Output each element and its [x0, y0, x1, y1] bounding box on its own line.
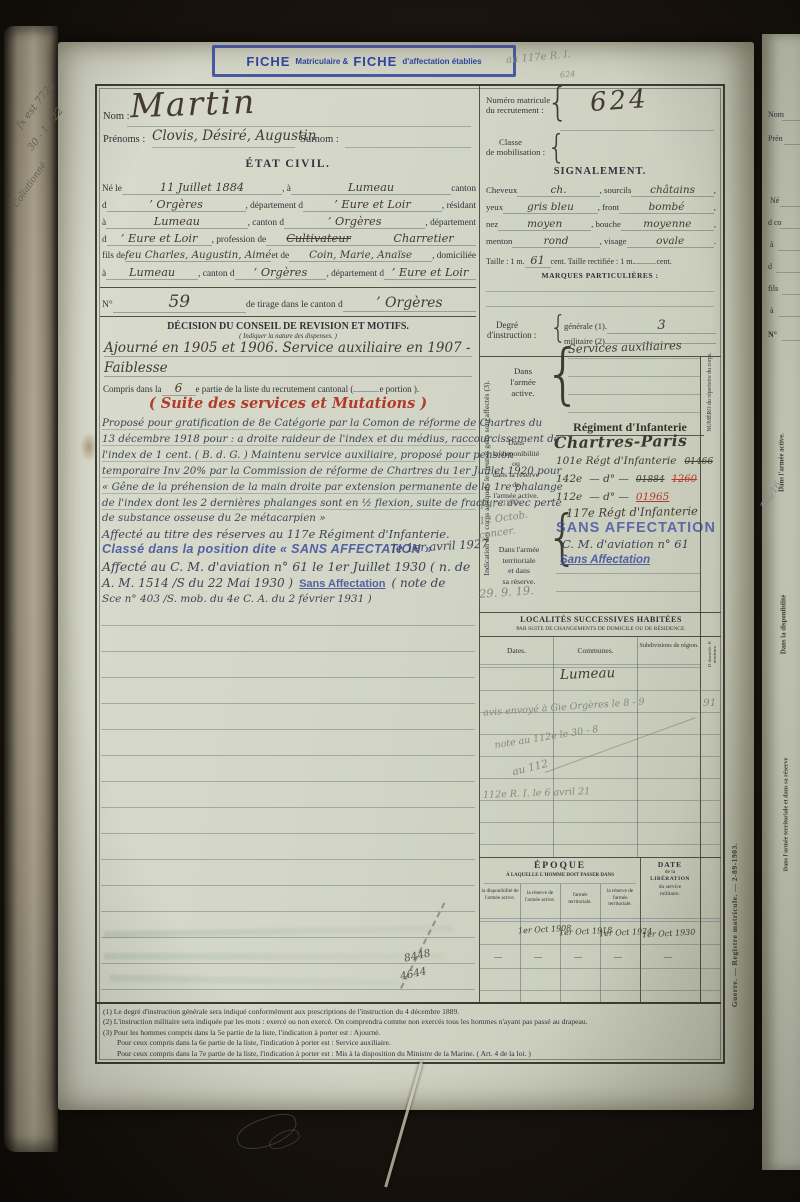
label-line: territoriale: [486, 556, 552, 567]
territoriale-entry: C. M. d'aviation n° 61: [562, 537, 689, 551]
etat-civil-line: d’ Orgères, département d’ Eure et Loir,…: [102, 198, 476, 212]
label-line: de: [484, 480, 548, 491]
dash: —: [664, 952, 672, 961]
col-subdivisions: Subdivisions de région.: [639, 642, 699, 650]
bleedthrough: [104, 953, 444, 960]
etat-civil-line: àLumeau, canton d’ Orgères, département: [102, 215, 476, 229]
territoriale-label: Dans l'armée territoriale et dans sa rés…: [486, 545, 552, 587]
footnote: Pour ceux compris dans la 7e partie de l…: [103, 1049, 713, 1059]
vertical-text: Guerre. — Registre matricule. — 2-89-190…: [730, 839, 739, 1011]
handwritten: ( note de: [391, 576, 445, 590]
printed: , profession de: [212, 235, 266, 245]
label-line: l'armée active.: [500, 377, 546, 399]
brace: {: [547, 83, 569, 122]
date-col-line: du service: [641, 884, 699, 890]
repertoire-number-red: 01965: [636, 491, 669, 503]
mutations-line: A. M. 1514 /S du 22 Mai 1930 ) Sans Affe…: [102, 576, 476, 590]
date-col-line: militaire.: [641, 891, 699, 897]
printed: de tirage dans le canton d: [246, 300, 343, 310]
decision-title: DÉCISION DU CONSEIL DE REVISION ET MOTIF…: [100, 321, 476, 332]
printed: Cheveux: [486, 185, 517, 195]
degre-label: Degré: [496, 320, 518, 330]
dash: —: [534, 952, 542, 961]
vertical-text: Dans l'armée active.: [779, 403, 786, 523]
handwritten: ch.: [517, 184, 599, 197]
handwritten: ’ Eure et Loir: [303, 198, 442, 212]
printed: e partie de la liste du recrutement cant…: [196, 384, 354, 394]
rule: [480, 844, 720, 845]
ditto: — d° —: [589, 473, 629, 485]
handwritten: A. M. 1514 /S du 22 Mai 1930 ): [102, 576, 293, 590]
unit-name: 101e Régt d'Infanterie: [556, 455, 676, 467]
label-line: et dans: [486, 566, 552, 577]
rule: [101, 781, 475, 782]
rule: [101, 885, 475, 886]
pencil-note-top-number: 624: [560, 69, 576, 79]
printed: menton: [486, 236, 512, 246]
handwritten: ’ Eure et Loir: [384, 266, 476, 280]
mutations-line: Affecté au titre des réserves au 117e Ré…: [102, 527, 476, 541]
pencil-note: 91: [703, 697, 716, 709]
rule: [782, 340, 800, 341]
nom-value: Martin: [129, 82, 257, 125]
rule: [480, 690, 720, 691]
etat-civil-line: àLumeau, canton d’ Orgères, département …: [102, 266, 476, 280]
marques-title: MARQUES PARTICULIÈRES :: [480, 271, 720, 280]
table-div: [560, 884, 561, 1002]
divider: [479, 857, 721, 858]
rule: [782, 294, 800, 295]
printed: canton: [451, 184, 476, 194]
printed: .: [714, 236, 716, 246]
next-page-label: N°: [768, 330, 777, 339]
divider: [100, 287, 476, 288]
blank-field: [634, 263, 656, 264]
next-page-label: à: [770, 240, 774, 249]
next-page-label: Nom: [768, 110, 784, 119]
localites-title: LOCALITÉS SUCCESSIVES HABITÉES: [480, 615, 722, 624]
mutations-line: Sce n° 403 /S. mob. du 4e C. A. du 2 fév…: [102, 593, 372, 605]
rule: [560, 130, 714, 131]
col-domicile-residence: D domicile. R résidence.: [707, 632, 715, 676]
sans-affectation-stamp-right2: Sans Affectation: [560, 554, 650, 566]
sans-affectation-stamp-line: Classé dans la position dite « SANS AFFE…: [102, 542, 432, 556]
printed: , visage: [600, 236, 627, 246]
prenoms-label: Prénoms :: [103, 134, 145, 145]
handwritten: 3: [607, 318, 716, 334]
epoque-col3: l'armée territoriale.: [561, 892, 599, 905]
next-page-vertical-label: Dans l'armée active.: [779, 403, 788, 523]
rule: [480, 968, 720, 969]
rule: [778, 250, 800, 251]
taille-line: Taille : 1 m.61cent. Taille rectifiée : …: [486, 253, 716, 268]
rule: [101, 625, 475, 626]
label-line: dans la réserve: [484, 470, 548, 481]
handwritten-struck: Cultivateur: [266, 232, 371, 246]
label-line: ou: [484, 459, 548, 470]
vertical-text: NUMÉRO du répertoire du corps.: [707, 334, 713, 450]
degre-label2: d'instruction :: [487, 330, 536, 340]
label-line: Dans: [500, 366, 546, 377]
handwritten: ’ Orgères: [284, 215, 425, 229]
stamp-word: Matriculaire &: [295, 57, 348, 66]
handwritten: Charretier: [371, 232, 476, 246]
footnote: Pour ceux compris dans la 6e partie de l…: [103, 1038, 713, 1048]
handwritten: Coin, Marie, Anaïse: [289, 249, 432, 262]
rule: [780, 206, 800, 207]
rule: [101, 963, 475, 964]
handwritten: ’ Orgères: [235, 266, 327, 280]
printed: , sourcils: [600, 185, 632, 195]
printed: ,: [714, 202, 716, 212]
dash: —: [574, 952, 582, 961]
classe-label2: de mobilisation :: [486, 147, 545, 157]
printed: , front: [598, 202, 620, 212]
printed: , résidant: [442, 201, 476, 211]
sans-affectation-stamp-small: Sans Affectation: [299, 578, 385, 590]
label-line: la disponibilité: [484, 449, 548, 460]
rule: [480, 822, 720, 823]
next-page-label: d co: [768, 218, 782, 227]
epoque-title: ÉPOQUE: [480, 861, 640, 871]
handwritten: Lumeau: [106, 266, 198, 280]
header-stamp: FICHE Matriculaire & FICHE d'affectation…: [212, 45, 516, 77]
etat-civil-title: ÉTAT CIVIL.: [100, 158, 476, 170]
col-dates: Dates.: [480, 646, 553, 655]
rule: [345, 147, 471, 148]
divider: [479, 636, 721, 637]
tirage-number: 59: [113, 292, 246, 313]
printed: générale (1).: [564, 321, 607, 331]
mutations-title: ( Suite des services et Mutations ): [100, 395, 476, 412]
epoque-col4: la réserve de l'armée territoriale.: [601, 888, 639, 908]
rule: [101, 911, 475, 912]
scanned-register-photo: FICHE Matriculaire & FICHE d'affectation…: [0, 0, 800, 1202]
signalement-line: mentonrond, visageovale.: [486, 235, 716, 248]
disponibilite-label: Dans la disponibilité ou dans la réserve…: [484, 438, 548, 501]
label-line: Dans: [484, 438, 548, 449]
printed: , canton d: [248, 218, 284, 228]
handwritten: rond: [512, 235, 599, 248]
rule: [480, 921, 720, 922]
mutations-line: temporaire Inv 20% par la Commission de …: [102, 465, 476, 478]
dash: —: [614, 952, 622, 961]
rule: [101, 651, 475, 652]
armee-active-label: Dans l'armée active.: [500, 366, 546, 399]
vertical-text: Dans l'armée territoriale et dans sa rés…: [783, 740, 790, 890]
printed: cent.: [656, 257, 671, 266]
next-page-label: d: [768, 262, 772, 271]
divider: [479, 356, 721, 357]
ditto: — d° —: [589, 491, 629, 503]
rule: [778, 316, 800, 317]
date-col-title: DATE: [641, 860, 699, 869]
commune-entry: Lumeau: [560, 665, 616, 683]
date-col-line: LIBÉRATION: [641, 876, 699, 882]
decision-subtitle: ( Indiquer la nature des dispenses. ): [100, 333, 476, 340]
book-page-edges: [4, 26, 58, 1152]
handwritten: ’ Orgères: [343, 295, 476, 312]
handwritten: ovale: [627, 235, 714, 248]
surnom-label: Surnom :: [300, 134, 339, 145]
printed: Compris dans la: [103, 384, 162, 394]
rule: [480, 756, 720, 757]
epoque-col2: la réserve de l'armée active.: [521, 890, 559, 903]
side-imprint: Guerre. — Registre matricule. — 2-89-190…: [730, 839, 740, 1011]
stamp-word: FICHE: [246, 54, 290, 69]
localites-subtitle: PAR SUITE DE CHANGEMENTS DE DOMICILE OU …: [480, 626, 722, 632]
next-page-vertical-label: Dans l'armée territoriale et dans sa rés…: [783, 740, 792, 890]
rule: [152, 147, 295, 148]
epoque-col1: la disponibilité de l'armée active.: [481, 888, 519, 901]
dash: —: [494, 952, 502, 961]
mutations-line: de substance osseuse du 2e métacarpien »: [102, 512, 476, 524]
compris-line: Compris dans la6e partie de la liste du …: [103, 381, 475, 396]
form-border: [95, 84, 725, 1064]
handwritten: moyenne: [621, 218, 714, 231]
handwritten: bombé: [619, 201, 714, 214]
etat-civil-line: d’ Eure et Loir, profession deCultivateu…: [102, 232, 476, 246]
rule: [101, 937, 475, 938]
rule: [568, 358, 700, 359]
rule: [556, 573, 700, 574]
rule: [101, 703, 475, 704]
printed: N°: [102, 300, 113, 310]
label-line: Dans l'armée: [486, 545, 552, 556]
rule: [780, 228, 800, 229]
handwritten: gris bleu: [503, 201, 598, 214]
handwritten: ’ Orgères: [107, 198, 246, 212]
mutations-line: l'index de 1 cent. ( B. d. G. ) Maintenu…: [102, 449, 476, 462]
territoriale-entry: 117e Régt d'Infanterie: [566, 504, 698, 520]
rule: [568, 412, 700, 413]
printed: fils de: [102, 251, 125, 261]
next-page-vertical-label: Dans la disponibilité: [781, 560, 790, 690]
rule: [480, 778, 720, 779]
rule: [486, 291, 714, 292]
signalement-line: nezmoyen, bouchemoyenne,: [486, 218, 716, 231]
table-divider: [553, 637, 554, 857]
rule: [784, 144, 800, 145]
printed: , département d: [326, 269, 384, 279]
signalement-line: yeuxgris bleu, frontbombé,: [486, 201, 716, 214]
printed: , département d: [246, 201, 304, 211]
divider: [479, 612, 721, 613]
etat-civil-line: Né le11 Juillet 1884, àLumeaucanton: [102, 181, 476, 195]
col-communes: Communes.: [554, 646, 637, 655]
etat-civil-line: fils defeu Charles, Augustin, Aiméet deC…: [102, 249, 476, 262]
unit-entry-chartres: Chartres-Paris: [554, 431, 688, 452]
repertoire-number: 01884: [636, 475, 665, 485]
handwritten: Lumeau: [106, 215, 247, 229]
rule: [127, 126, 471, 127]
handwritten: ’ Eure et Loir: [107, 232, 212, 246]
footnotes: (1) Le degré d'instruction générale sera…: [95, 1002, 721, 1060]
handwritten: 11 Juillet 1884: [122, 181, 282, 195]
unit-name: 112e: [556, 491, 582, 503]
rule: [101, 729, 475, 730]
rule: [480, 664, 700, 665]
rule: [101, 755, 475, 756]
numero-vertical-label: NUMÉRO du répertoire du corps.: [707, 334, 715, 450]
mutations-line: Affecté au C. M. d'aviation n° 61 le 1er…: [102, 559, 470, 574]
handwritten: feu Charles, Augustin, Aimé: [125, 249, 271, 262]
printed: , canton d: [198, 269, 234, 279]
rule: [101, 833, 475, 834]
handwritten: châtains: [631, 184, 713, 197]
vertical-text: D domicile. R résidence.: [707, 632, 717, 676]
matricule-value: 624: [589, 84, 650, 118]
printed: ,: [714, 219, 716, 229]
unit-name: 142e: [556, 473, 582, 485]
printed: nez: [486, 219, 498, 229]
rule: [101, 859, 475, 860]
signalement-line: Cheveuxch., sourcilschâtains,: [486, 184, 716, 197]
rule: [556, 591, 700, 592]
decision-entry: Ajourné en 1905 et 1906. Service auxilia…: [104, 340, 472, 357]
table-div: [600, 884, 601, 1002]
printed: cent. Taille rectifiée : 1 m.: [551, 257, 635, 266]
repertoire-number: 01466: [684, 457, 713, 467]
printed: ,: [714, 185, 716, 195]
footnote: (2) L'instruction militaire sera indiqué…: [103, 1017, 713, 1027]
printed: et de: [271, 251, 289, 261]
mutations-line: Proposé pour gratification de 8e Catégor…: [102, 417, 476, 430]
mutations-line: « Gêne de la préhension de la main droit…: [102, 481, 476, 494]
next-page-label: Prén: [768, 134, 783, 143]
next-page-label: fils: [768, 284, 778, 293]
rule: [101, 677, 475, 678]
numero-strip-divider: [700, 356, 701, 1002]
footnote: (3) Pour les hommes compris dans la 5e p…: [103, 1028, 713, 1038]
handwritten: 61: [525, 253, 551, 268]
decision-entry: Faiblesse: [104, 360, 472, 377]
rule: [486, 306, 714, 307]
rule: [480, 990, 720, 991]
stamp-word: FICHE: [353, 54, 397, 69]
classe-label: Classe: [499, 137, 522, 147]
degre-generale: générale (1).3: [564, 318, 716, 334]
paper-stain: [80, 432, 98, 462]
matricule-label2: du recrutement :: [486, 105, 544, 115]
vertical-text: Dans la disponibilité: [781, 560, 788, 690]
printed: , domiciliée: [432, 251, 476, 261]
next-page-label: Né: [770, 196, 779, 205]
sans-affectation-stamp-right: SANS AFFECTATION: [556, 520, 716, 536]
footnote: (1) Le degré d'instruction générale sera…: [103, 1007, 713, 1017]
rule: [782, 120, 800, 121]
unit-entry: 101e Régt d'Infanterie 01466: [556, 455, 716, 467]
handwritten: 6: [162, 381, 196, 396]
matricule-label: Numéro matricule: [486, 95, 550, 105]
handwritten: moyen: [498, 218, 591, 231]
rule: [480, 800, 720, 801]
printed: yeux: [486, 202, 503, 212]
prenoms-value: Clovis, Désiré, Augustin: [152, 128, 316, 144]
nom-label: Nom :: [103, 111, 130, 122]
repertoire-number-red: 1260: [672, 474, 697, 485]
blank-field: [353, 391, 379, 392]
rule: [480, 918, 720, 919]
brace: {: [547, 132, 566, 165]
printed: Taille : 1 m.: [486, 257, 525, 266]
printed: , à: [282, 184, 291, 194]
tirage-line: N°59de tirage dans le canton d’ Orgères: [102, 292, 476, 313]
epoque-subtitle: À LAQUELLE L'HOMME DOIT PASSER DANS: [480, 873, 640, 878]
stamp-word: d'affectation établies: [402, 57, 481, 66]
divider: [100, 316, 476, 317]
rule: [568, 376, 700, 377]
printed: e portion ).: [379, 384, 419, 394]
rule: [568, 394, 700, 395]
date-col-line: de la: [641, 869, 699, 875]
signalement-title: SIGNALEMENT.: [480, 166, 720, 177]
rule: [480, 944, 720, 945]
rule: [101, 807, 475, 808]
rule: [101, 989, 475, 990]
table-div: [520, 884, 521, 1002]
rule: [776, 272, 800, 273]
rule: [480, 734, 720, 735]
printed: Né le: [102, 184, 122, 194]
mutations-line: de l'index dont les 2 dernières phalange…: [102, 497, 476, 510]
mutations-line: 13 décembre 1918 pour : a droite raideur…: [102, 433, 476, 446]
handwritten: Lumeau: [291, 181, 451, 195]
next-page-label: à: [770, 306, 774, 315]
printed: , département: [425, 218, 476, 228]
printed: , bouche: [591, 219, 621, 229]
table-divider: [637, 637, 638, 857]
